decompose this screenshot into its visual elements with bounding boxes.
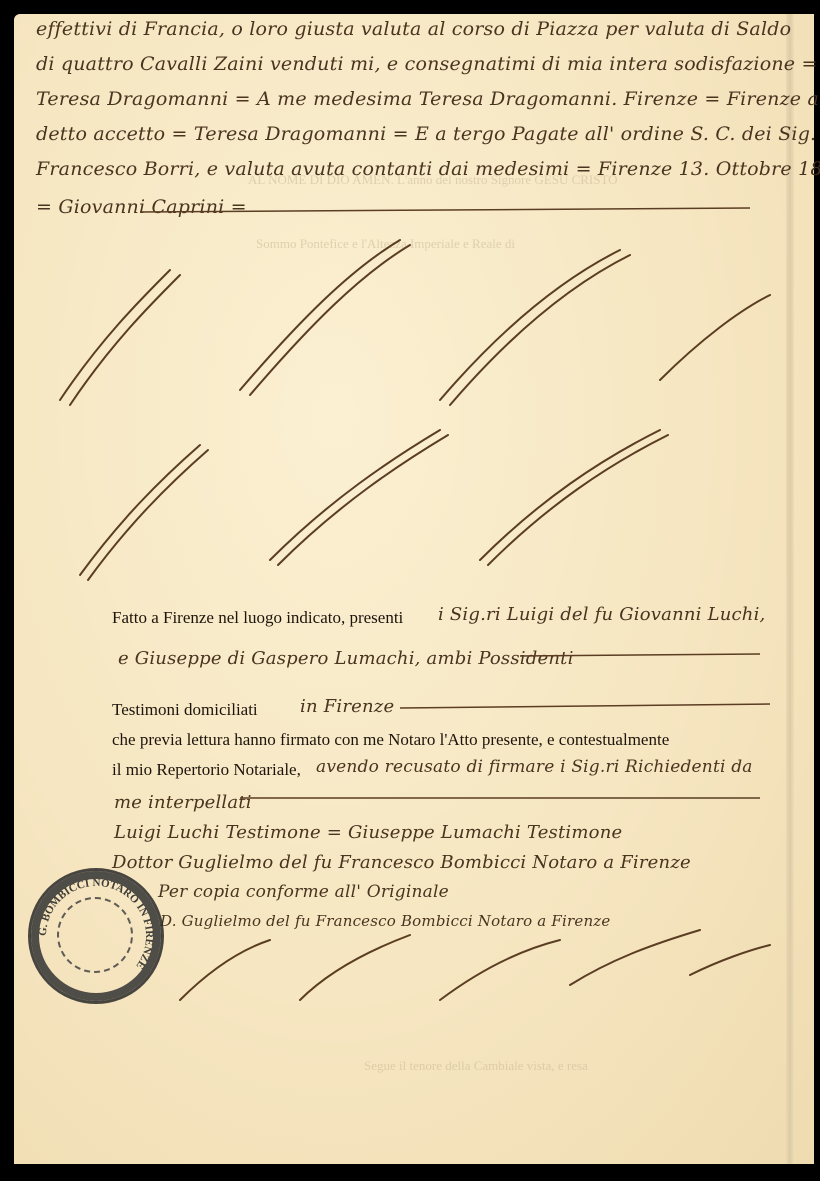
handwritten-line: detto accetto = Teresa Dragomanni = E a …: [36, 123, 816, 145]
printed-fatto: Fatto a Firenze nel luogo indicato, pres…: [112, 608, 403, 628]
handwritten-fill: me interpellati: [114, 792, 252, 813]
handwritten-fill: in Firenze: [300, 696, 394, 717]
handwritten-fill: e Giuseppe di Gaspero Lumachi, ambi Poss…: [118, 648, 574, 669]
handwritten-line: Teresa Dragomanni = A me medesima Teresa…: [36, 88, 820, 110]
handwritten-fill: avendo recusato di firmare i Sig.ri Rich…: [316, 757, 753, 777]
notary-name: Dottor Guglielmo del fu Francesco Bombic…: [112, 852, 691, 873]
handwritten-signature: = Giovanni Caprini =: [36, 196, 247, 218]
notary-signature: D. Guglielmo del fu Francesco Bombicci N…: [160, 912, 611, 930]
stamp-text: G. BOMBICCI NOTARO IN FIRENZE: [31, 871, 161, 1001]
paper-fold: [786, 14, 794, 1164]
handwritten-line: Francesco Borri, e valuta avuta contanti…: [36, 158, 820, 180]
bleed-through-line: Segue il tenore della Cambiale vista, e …: [364, 1058, 588, 1074]
handwritten-line: di quattro Cavalli Zaini venduti mi, e c…: [36, 53, 818, 75]
printed-testimoni: Testimoni domiciliati: [112, 700, 258, 720]
copy-conformity: Per copia conforme all' Originale: [158, 882, 449, 902]
printed-repertorio: il mio Repertorio Notariale,: [112, 760, 301, 780]
stamp-label: G. BOMBICCI NOTARO IN FIRENZE: [37, 877, 155, 971]
svg-text:G. BOMBICCI NOTARO IN FIRENZE: G. BOMBICCI NOTARO IN FIRENZE: [37, 877, 155, 971]
handwritten-line: effettivi di Francia, o loro giusta valu…: [36, 18, 791, 40]
notary-stamp: G. BOMBICCI NOTARO IN FIRENZE: [28, 868, 164, 1004]
bleed-through-line: Sommo Pontefice e l'Altezza Imperiale e …: [256, 236, 515, 252]
printed-previa: che previa lettura hanno firmato con me …: [112, 730, 669, 750]
witness-signatures: Luigi Luchi Testimone = Giuseppe Lumachi…: [114, 822, 622, 843]
handwritten-fill: i Sig.ri Luigi del fu Giovanni Luchi,: [438, 604, 765, 625]
